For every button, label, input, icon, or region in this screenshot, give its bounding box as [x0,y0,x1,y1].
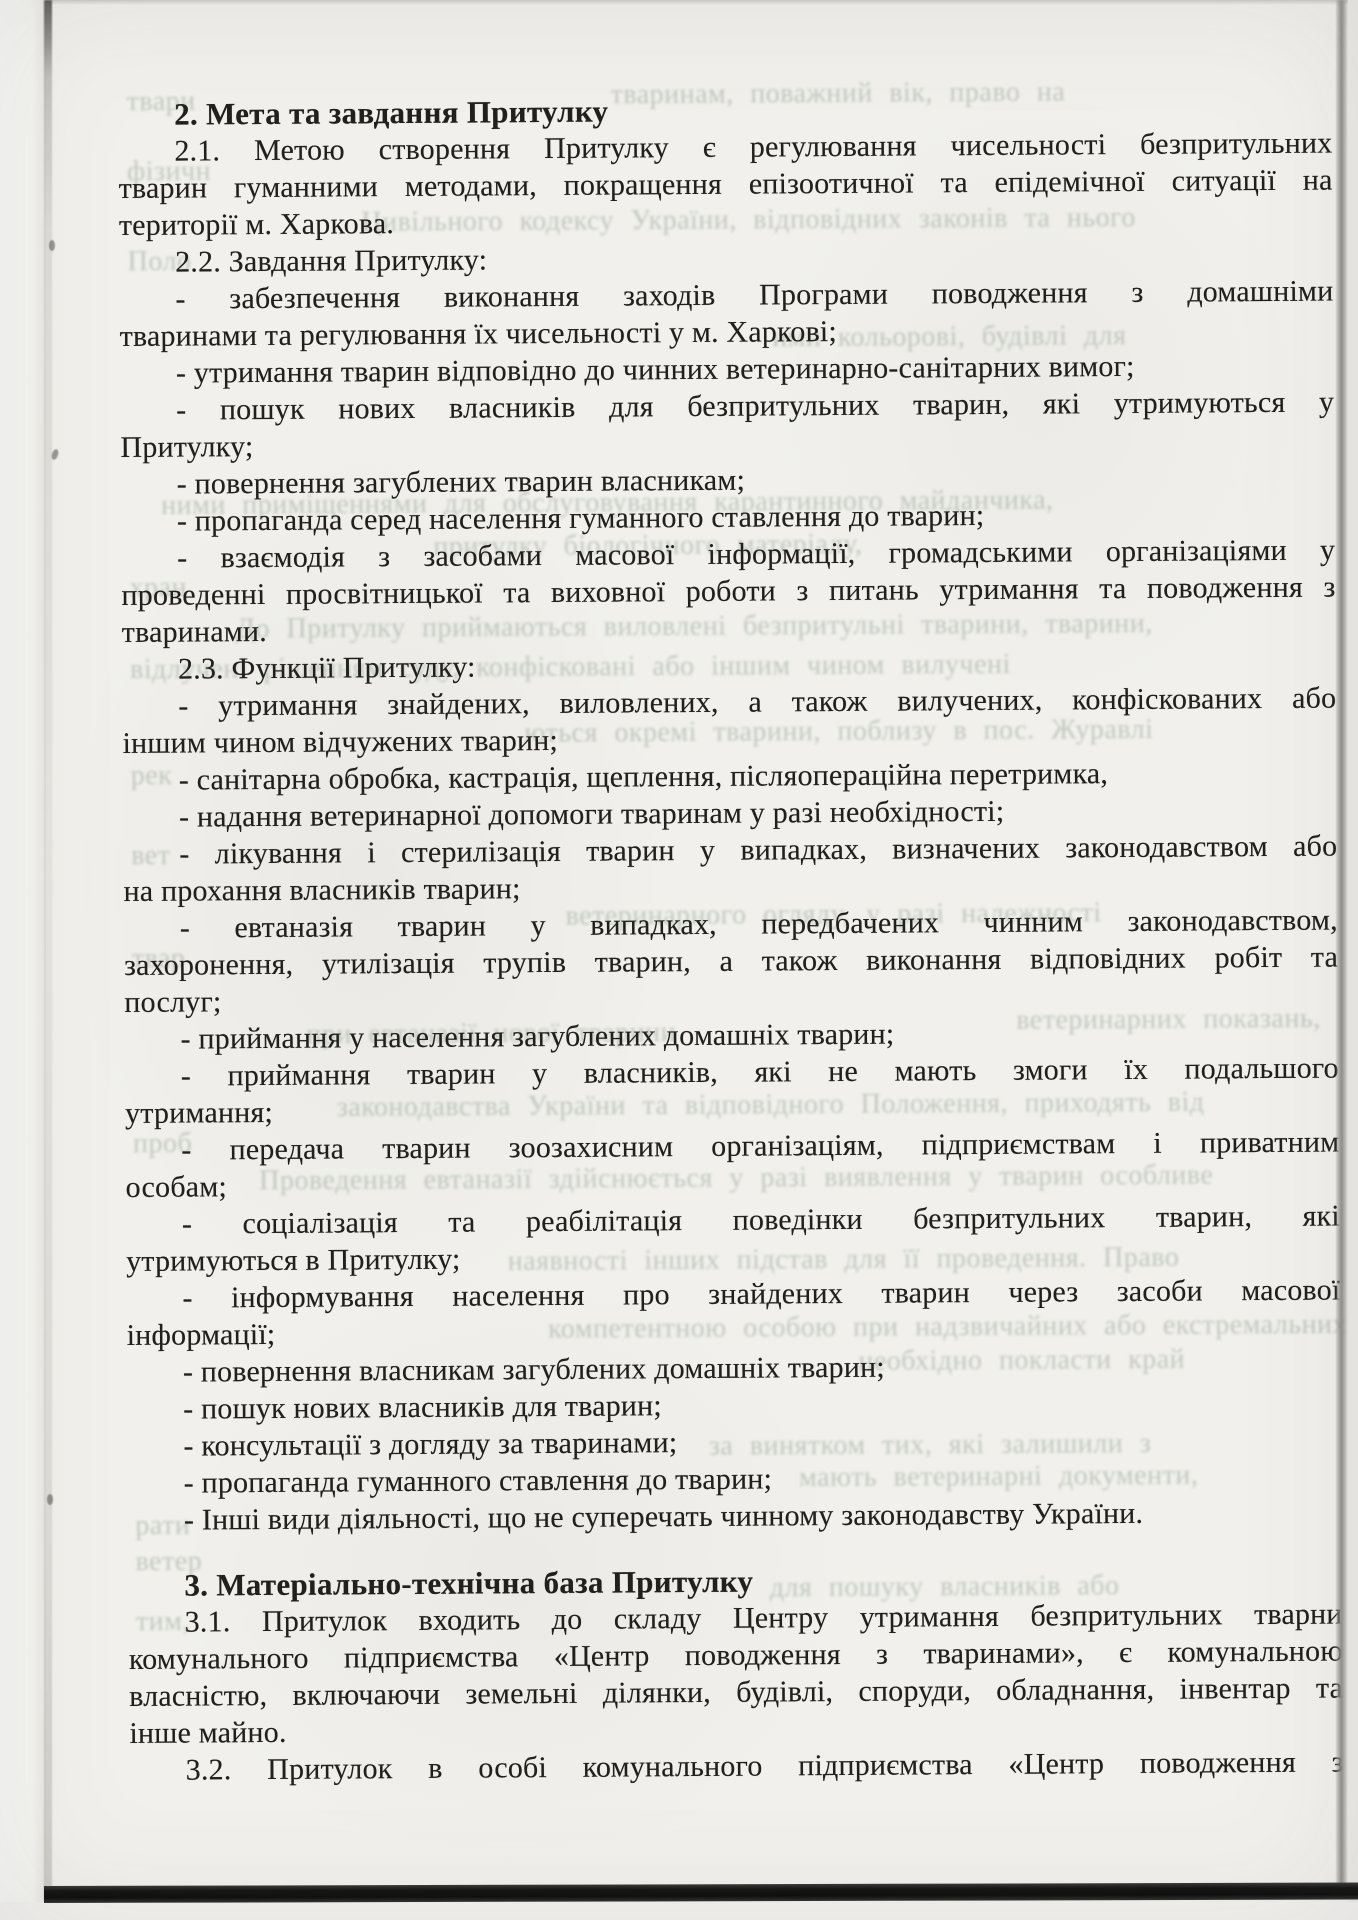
paragraph: 3.2. Притулок в особі комунального підпр… [130,1743,1344,1788]
text-line: 3.2. Притулок в особі комунального підпр… [130,1743,1344,1788]
paragraph: - інформування населення про знайдених т… [126,1271,1340,1353]
scan-margin-bottom [0,1902,1358,1920]
page-fold-crease [44,0,52,1920]
paragraph: 2.1. Метою створення Притулку є регулюва… [118,125,1333,244]
paragraph: - лікування і стерилізація тварин у випа… [123,828,1337,910]
text-line: - Інші види діяльності, що не суперечать… [128,1493,1342,1538]
scan-margin-right [1348,0,1358,1920]
paragraph: 3.1. Притулок входить до складу Центру у… [129,1595,1344,1751]
paragraph: - соціалізація та реабілітація поведінки… [126,1197,1340,1279]
paper-speck [49,240,55,251]
paragraph: - пошук нових власників для безпритульни… [120,384,1334,466]
paragraph: - евтаназія тварин у випадках, передбаче… [124,902,1339,1021]
paragraph: - приймання тварин у власників, які не м… [125,1050,1339,1132]
top-edge-shadow [0,0,1358,5]
paragraph: - передача тварин зоозахисним організаці… [125,1123,1339,1205]
paper-speck [47,1494,53,1505]
paragraph: - утримання знайдених, виловлених, а так… [122,680,1336,762]
scan-edge-right [1336,0,1348,1896]
scan-strip-left [0,0,46,1920]
paragraph: - забезпечення виконання заходів Програм… [119,273,1333,355]
paragraph: - взаємодія з засобами масової інформаці… [121,532,1336,651]
paragraph: - Інші види діяльності, що не суперечать… [128,1493,1342,1538]
scan-edge-bottom [44,1883,1358,1903]
scanned-document-page: тваринам, поважний вік, право натварифіз… [0,0,1358,1920]
document-text-block: 2. Мета та завдання Притулку2.1. Метою с… [118,88,1344,1789]
